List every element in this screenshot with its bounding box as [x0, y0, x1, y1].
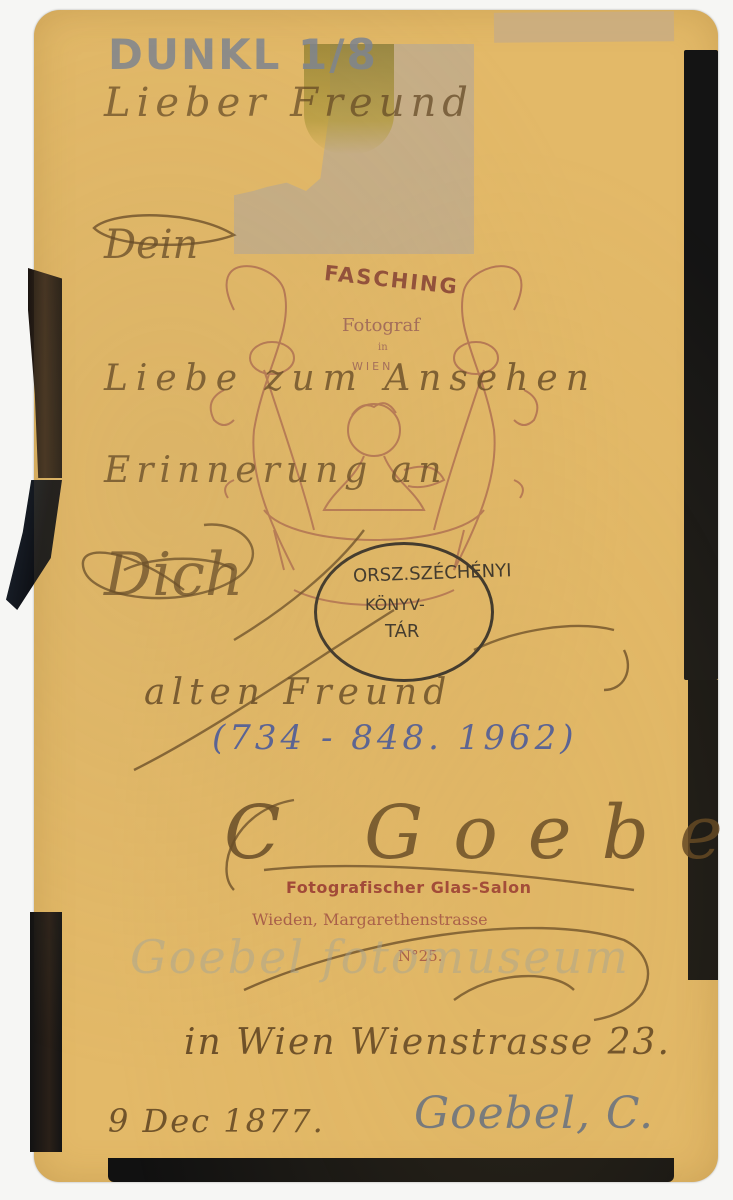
library-stamp-bottom: TÁR [385, 621, 419, 642]
photo-card-back: DUNKL 1/8 FASCHING Fotograf in WIEN ORSZ… [34, 10, 718, 1182]
black-edge-tape-right [684, 50, 718, 680]
handwritten-date: 9 Dec 1877. [108, 1102, 325, 1140]
studio-name-fasching: FASCHING [323, 261, 460, 299]
handwritten-address: in Wien Wienstrasse 23. [184, 1022, 671, 1063]
black-edge-tape-left-lower [30, 912, 62, 1152]
handwriting-line-3: Liebe zum Ansehen [104, 358, 597, 399]
library-stamp-top: ORSZ.SZÉCHÉNYI [353, 560, 512, 587]
handwriting-line-1: Lieber Freund [104, 80, 474, 126]
studio-subtitle: Fotograf [342, 315, 420, 336]
salon-address: Wieden, Margarethenstrasse [252, 910, 488, 929]
library-stamp-middle: KÖNYV- [365, 595, 425, 614]
pencil-signature: Goebel, C. [414, 1088, 654, 1139]
black-edge-tape-left-upper [28, 268, 62, 478]
library-stamp: ORSZ.SZÉCHÉNYI KÖNYV- TÁR [314, 542, 494, 682]
handwriting-line-6: alten Freund [144, 672, 452, 713]
black-edge-tape-bottom [108, 1158, 674, 1182]
handwriting-line-4: Erinnerung an [104, 450, 447, 491]
top-tape-remnant [494, 11, 674, 43]
salon-name: Fotografischer Glas-Salon [286, 878, 531, 897]
pencil-faded-note: Goebel fotomuseum [130, 930, 630, 984]
handwriting-line-2: Dein [104, 222, 198, 268]
black-edge-tape-left-flap [6, 480, 62, 610]
inventory-number: (734 - 848. 1962) [212, 718, 578, 758]
studio-in: in [378, 342, 388, 353]
handwritten-signature: C Goebel [224, 790, 733, 876]
handwriting-line-5: Dich [104, 540, 244, 610]
pencil-label-dunkl: DUNKL 1/8 [108, 30, 378, 79]
